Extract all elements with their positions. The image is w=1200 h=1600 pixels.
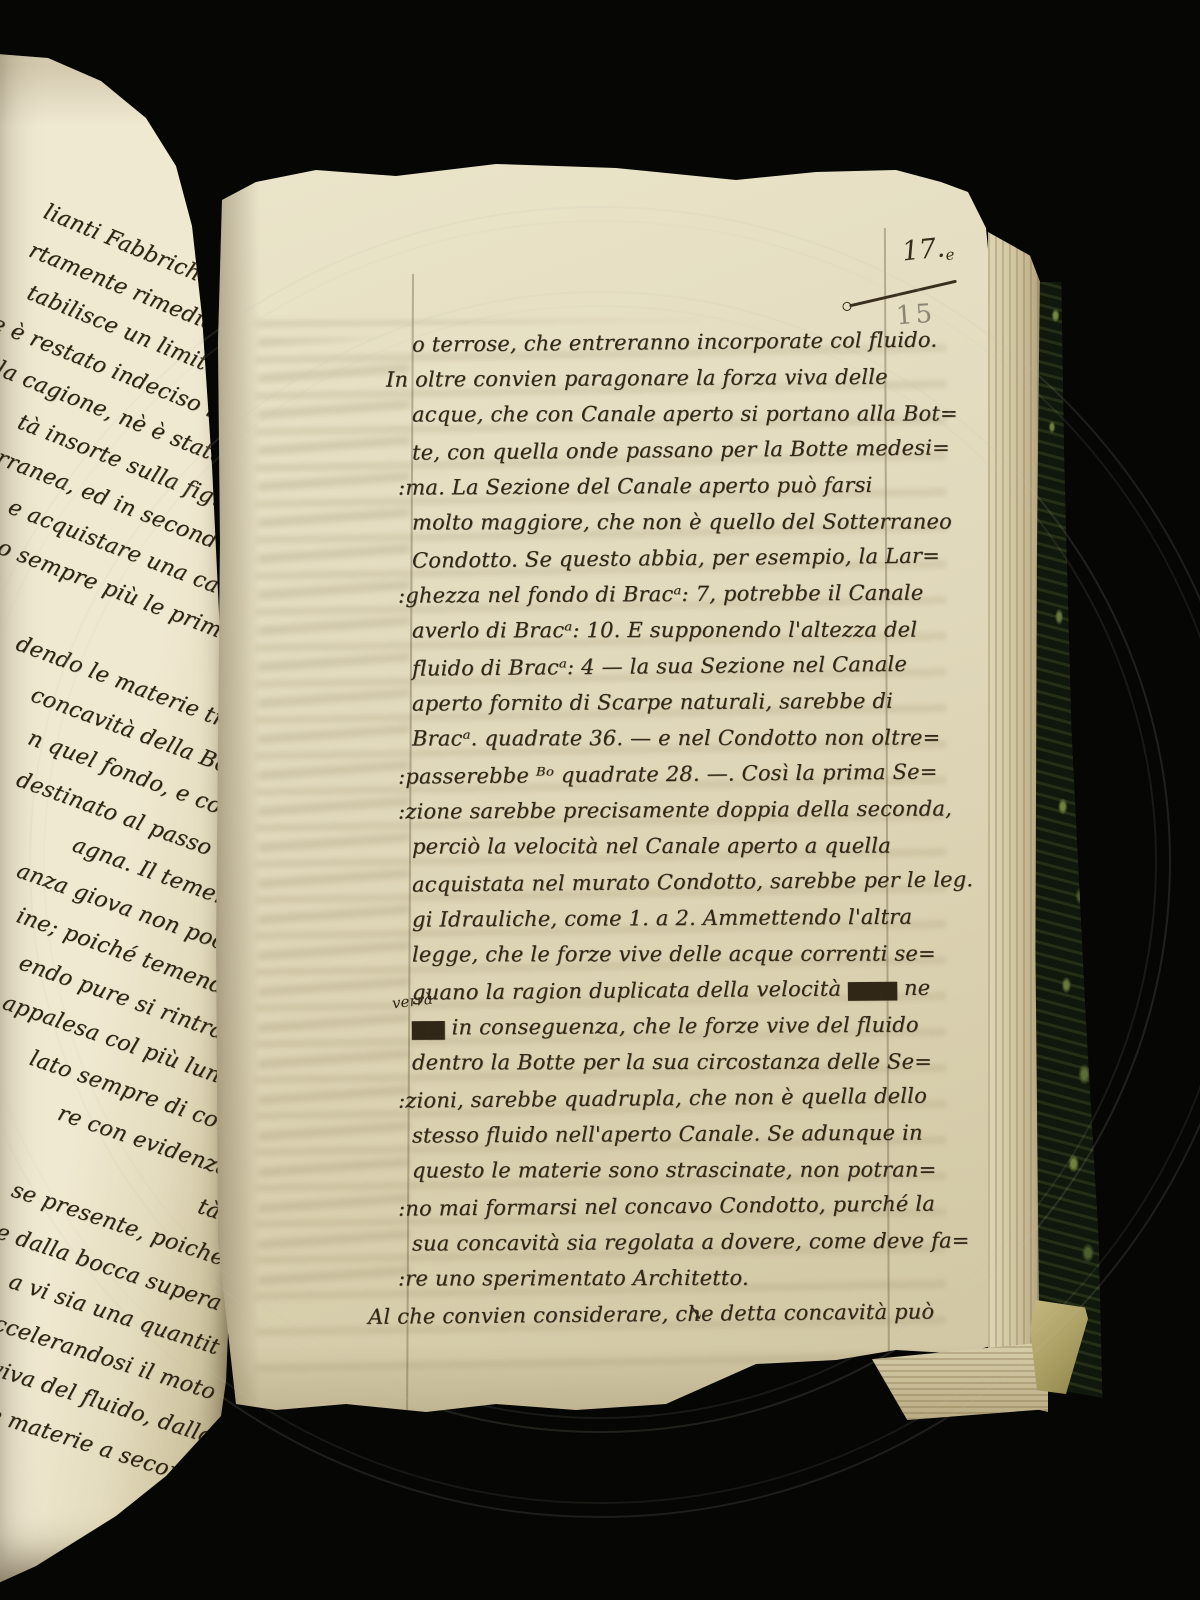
manuscript-line: dentro la Botte per la sua circostanza d… — [412, 1043, 972, 1080]
manuscript-line: sua concavità sia regolata a dovere, com… — [412, 1222, 972, 1261]
margin-showthrough-texture — [258, 338, 410, 1298]
manuscript-line: fluido di Bracᵃ: 4 — la sua Sezione nel … — [412, 645, 972, 686]
manuscript-line: :zioni, sarebbe quadrupla, che non è que… — [398, 1077, 972, 1119]
manuscript-line: o terrose, che entreranno incorporate co… — [412, 321, 972, 362]
page-number-ink: 17.e — [900, 231, 955, 268]
manuscript-line: questo le materie sono strascinate, non … — [412, 1151, 972, 1188]
manuscript-photo: lianti Fabbrichertamente rimediatabilisc… — [0, 0, 1200, 1600]
manuscript-line: Al che convien considerare, che detta co… — [368, 1293, 972, 1335]
manuscript-line: molto maggiore, che non è quello del Sot… — [412, 503, 972, 540]
manuscript-line: gi Idrauliche, come 1. a 2. Ammettendo l… — [412, 898, 972, 937]
right-page: 17.e 15 o terrose, che entreranno incorp… — [196, 142, 1024, 1434]
manuscript-line: In oltre convien paragonare la forza viv… — [386, 358, 972, 397]
manuscript-line: Bracᵃ. quadrate 36. — e nel Condotto non… — [412, 719, 972, 756]
manuscript-line: legge, che le forze vive delle acque cor… — [412, 935, 972, 972]
manuscript-line: :no mai formarsi nel concavo Condotto, p… — [398, 1185, 972, 1227]
manuscript-line: :ma. La Sezione del Canale aperto può fa… — [398, 466, 972, 505]
manuscript-line: te, con quella onde passano per la Botte… — [412, 429, 972, 470]
manuscript-line: aperto fornito di Scarpe naturali, sareb… — [412, 682, 972, 721]
manuscript-line: :ghezza nel fondo di Bracᵃ: 7, potrebbe … — [398, 574, 972, 613]
manuscript-line: :zione sarebbe precisamente doppia della… — [398, 790, 972, 829]
manuscript-line: Condotto. Se questo abbia, per esempio, … — [412, 537, 972, 578]
right-page-lines: o terrose, che entreranno incorporate co… — [412, 324, 972, 1332]
page-stack-bottom-edge — [872, 1342, 1048, 1420]
manuscript-line: averlo di Bracᵃ: 10. E supponendo l'alte… — [412, 611, 972, 648]
page-number-suffix: e — [945, 245, 956, 264]
left-page: lianti Fabbrichertamente rimediatabilisc… — [0, 36, 240, 1588]
manuscript-line: :passerebbe ᴮᵒ quadrate 28. —. Così la p… — [398, 753, 972, 795]
manuscript-line: acque, che con Canale aperto si portano … — [412, 395, 972, 432]
manuscript-line: acquistata nel murato Condotto, sarebbe … — [412, 861, 972, 902]
manuscript-line: ▆▆ in conseguenza, che le forze vive del… — [412, 1006, 972, 1045]
manuscript-line: guano la ragion duplicata della velocità… — [412, 969, 972, 1010]
manuscript-line: stesso fluido nell'aperto Canale. Se adu… — [412, 1114, 972, 1153]
marbled-cover-edge — [1034, 282, 1106, 1398]
manuscript-line: :re uno sperimentato Architetto. — [398, 1259, 972, 1296]
manuscript-line: perciò la velocità nel Canale aperto a q… — [412, 827, 972, 864]
